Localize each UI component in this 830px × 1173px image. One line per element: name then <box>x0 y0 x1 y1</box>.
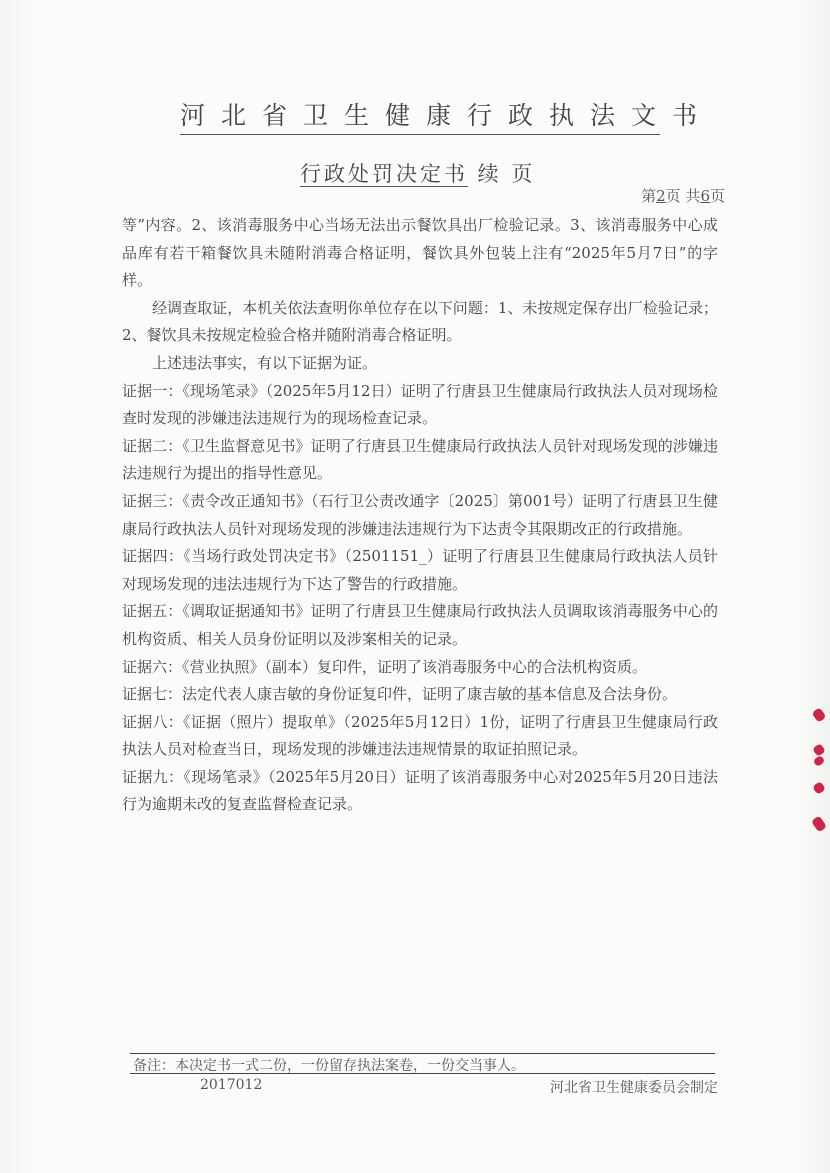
seal-stamp-edge-icon <box>814 705 828 835</box>
page-current: 2 <box>656 187 666 205</box>
evidence-item-9: 证据九：《现场笔录》（2025年5月20日）证明了该消毒服务中心对2025年5月… <box>122 764 718 819</box>
document-title: 河北省卫生健康行政执法文书 <box>180 96 660 135</box>
evidence-item-8: 证据八：《证据（照片）提取单》（2025年5月12日）1份，证明了行唐县卫生健康… <box>122 709 718 764</box>
evidence-item-1: 证据一：《现场笔录》（2025年5月12日）证明了行唐县卫生健康局行政执法人员对… <box>122 378 718 433</box>
page-number: 第2页 共6页 <box>641 185 725 206</box>
page-total: 6 <box>700 187 710 205</box>
footnote-remark: 备注：本决定书一式二份，一份留存执法案卷，一份交当事人。 <box>133 1055 525 1075</box>
footnote-divider-bottom <box>130 1073 715 1074</box>
evidence-item-5: 证据五：《调取证据通知书》证明了行唐县卫生健康局行政执法人员调取该消毒服务中心的… <box>122 598 718 653</box>
document-subtitle: 行政处罚决定书 续 页 <box>300 158 540 188</box>
document-body: 等”内容。2、该消毒服务中心当场无法出示餐饮具出厂检验记录。3、该消毒服务中心成… <box>122 212 718 819</box>
evidence-item-6: 证据六：《营业执照》（副本）复印件，证明了该消毒服务中心的合法机构资质。 <box>122 654 718 682</box>
subtitle-main: 行政处罚决定书 <box>300 162 468 187</box>
paragraph-evidence-intro: 上述违法事实，有以下证据为证。 <box>122 350 718 378</box>
evidence-item-4: 证据四：《当场行政处罚决定书》（2501151_）证明了行唐县卫生健康局行政执法… <box>122 543 718 598</box>
form-code: 2017012 <box>200 1077 262 1093</box>
page-mid: 页 共 <box>666 187 701 205</box>
footnote-divider-top <box>130 1053 715 1054</box>
subtitle-suffix: 续 页 <box>468 162 535 186</box>
evidence-item-7: 证据七：法定代表人康吉敏的身份证复印件，证明了康吉敏的基本信息及合法身份。 <box>122 681 718 709</box>
paragraph-findings: 经调查取证，本机关依法查明你单位存在以下问题：1、未按规定保存出厂检验记录；2、… <box>122 295 718 350</box>
issuer-label: 河北省卫生健康委员会制定 <box>550 1077 718 1097</box>
paragraph-continued: 等”内容。2、该消毒服务中心当场无法出示餐饮具出厂检验记录。3、该消毒服务中心成… <box>122 212 718 295</box>
page-suffix: 页 <box>710 187 725 205</box>
evidence-item-2: 证据二：《卫生监督意见书》证明了行唐县卫生健康局行政执法人员针对现场发现的涉嫌违… <box>122 433 718 488</box>
page-prefix: 第 <box>641 187 656 205</box>
evidence-item-3: 证据三：《责令改正通知书》（石行卫公责改通字〔2025〕第001号）证明了行唐县… <box>122 488 718 543</box>
